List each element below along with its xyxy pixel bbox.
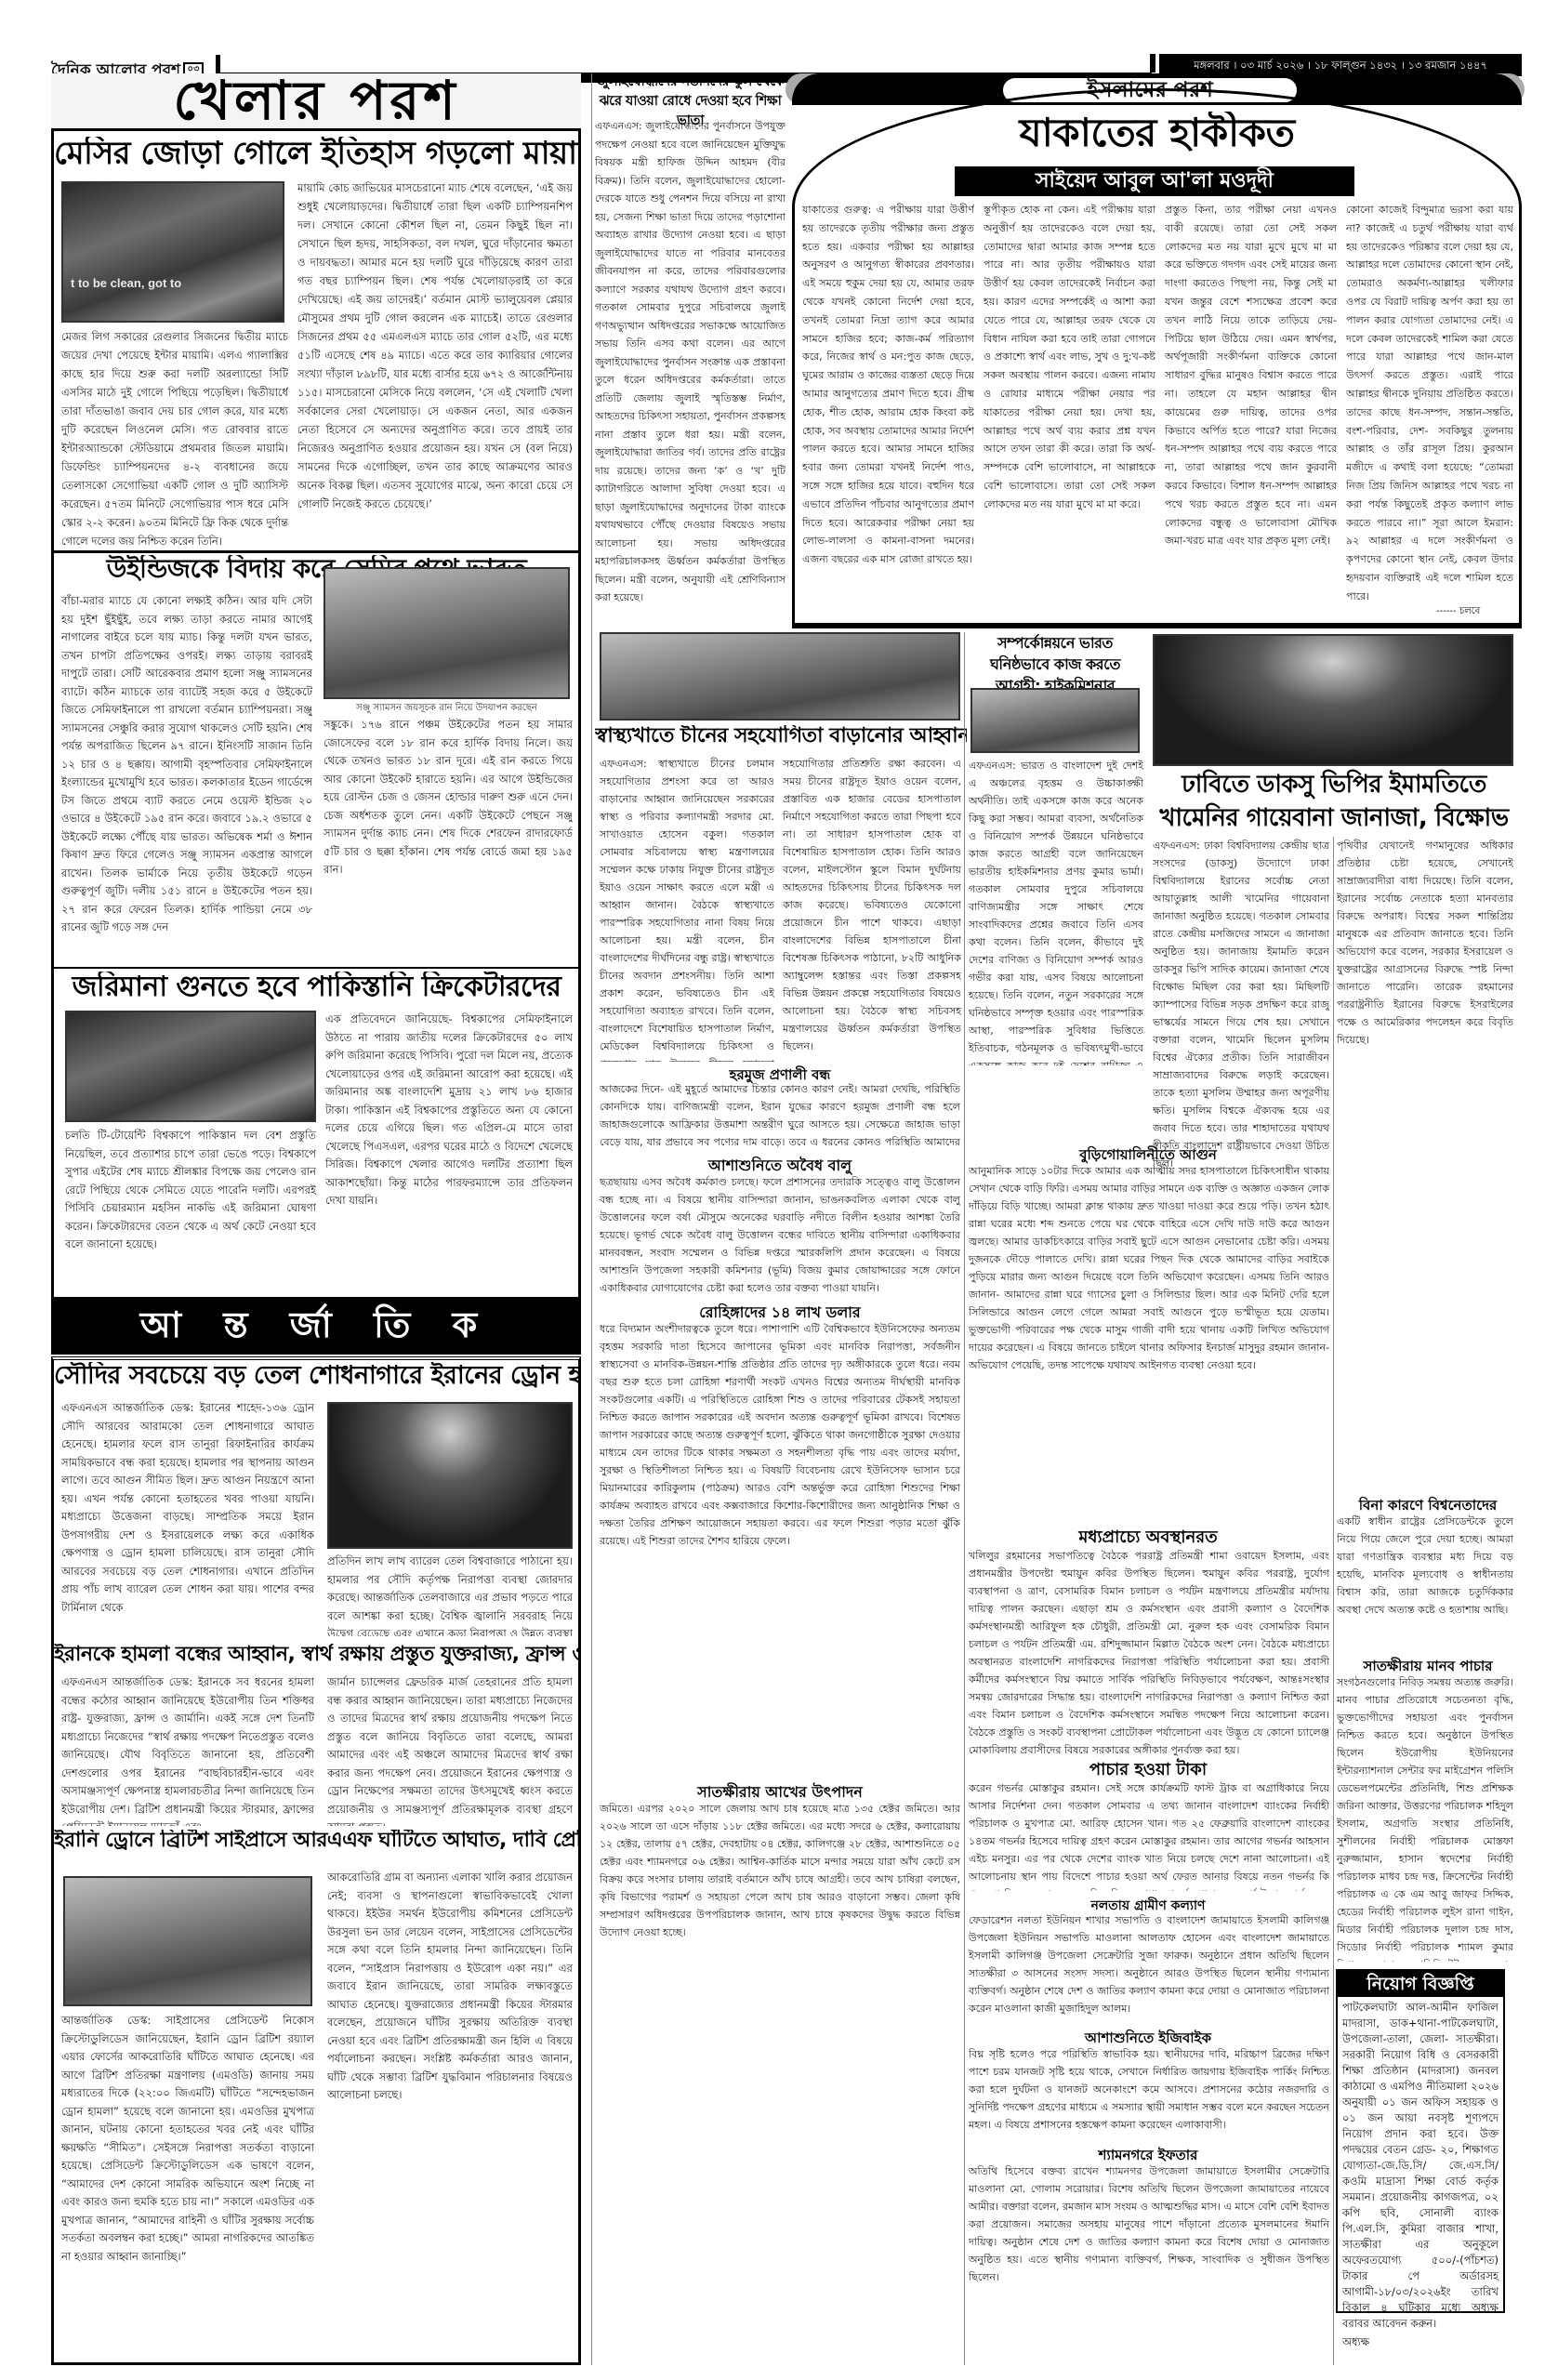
divider xyxy=(51,967,581,969)
india-hc-photo xyxy=(970,688,1140,753)
pakistan-headline: জরিমানা গুনতে হবে পাকিস্তানি ক্রিকেটারদে… xyxy=(54,972,579,1002)
job-ad-body: পাটকেলঘাটা আল-আমীন ফাজিল মাদরাসা, ডাক+থা… xyxy=(1338,1997,1503,2334)
janaza-headline: ঢাবিতে ডাকসু ভিপির ইমামতিতে খামেনির গায়… xyxy=(1148,768,1520,835)
column-divider xyxy=(591,73,592,2365)
brief-body-fire: আনুমানিক সাড়ে ১০টার দিকে আমার এক আত্মীয… xyxy=(969,1162,1329,1525)
sports-section-title: খেলার পরশ xyxy=(51,73,581,131)
brief-body-world-leaders: একটি স্বাধীন রাষ্ট্রের প্রেসিডেন্টকে তুল… xyxy=(1337,1513,1513,1650)
europe-body-left: এফএনএস আন্তর্জাতিক ডেস্ক: ইরানকে সব ধরনে… xyxy=(61,1673,314,1826)
india-photo xyxy=(323,567,570,699)
zakat-column-4: কোনো কাজেই বিন্দুমাত্র ভরসা করা যায় না?… xyxy=(1346,201,1513,601)
messi-body-left: মেজর লিগ সকারের রেগুলার সিজনের দ্বিতীয় … xyxy=(61,327,288,547)
pakistan-photo xyxy=(65,1011,316,1122)
brief-body-laundered-money: করেন গভর্নর মোস্তাকুর রহমান। সেই সঙ্গে ক… xyxy=(969,1779,1329,1891)
column-divider xyxy=(964,632,965,2365)
pakistan-body-right: এক প্রতিবেদনে জানিয়েছে- বিশ্বকাপের সেমি… xyxy=(325,1011,573,1288)
brief-body-middle-east: খলিলুর রহমানের সভাপতিত্বে বৈঠকে পররাষ্ট্… xyxy=(969,1547,1329,1757)
saudi-body-right: প্রতিদিন লাখ লাখ ব্যারেল তেল বিশ্ববাজারে… xyxy=(327,1553,573,1636)
job-ad-signature: অধ্যক্ষ xyxy=(1338,2334,1503,2352)
india-body-left: বাঁচা-মরার ম্যাচে যে কোনো লক্ষ্যই কঠিন। … xyxy=(61,592,312,951)
job-ad-title: নিয়োগ বিজ্ঞপ্তি xyxy=(1338,1971,1503,1997)
health-headline: স্বাস্থ্যখাতে চীনের সহযোগিতা বাড়ানোর আহ… xyxy=(595,725,967,747)
to-be-continued: ------ চলবে xyxy=(1436,604,1480,620)
brief-body-sugarcane: জমিতে। এরপর ২০২০ সালে জেলায় আখ চাষ হয়ে… xyxy=(600,1800,960,2365)
saudi-body-left: এফএনএস আন্তর্জাতিক ডেস্ক: ইরানের শাহেদ-১… xyxy=(61,1399,314,1636)
brief-body-rohingya: ধরে বিদ্যমান অংশীদারত্বকে তুলে ধরে। পাশা… xyxy=(600,1320,960,1781)
saudi-headline: সৌদির সবচেয়ে বড় তেল শোধনাগারে ইরানের ড… xyxy=(54,1362,579,1390)
divider xyxy=(51,550,581,553)
brief-body-nalta: ফেডারেশন নলতা ইউনিয়ন শাখার সভাপতি ও বাং… xyxy=(969,1911,1329,2019)
cyprus-headline: ইরানি ড্রোনে ব্রিটিশ সাইপ্রাসে আরএএফ ঘাঁ… xyxy=(54,1830,579,1852)
janaza-photo xyxy=(1153,634,1513,766)
health-body-right: সহযোগিতার প্রতিশ্রুতি রক্ষা করবেন। এ সময… xyxy=(783,755,961,1062)
janaza-body-right: পৃথিবীর যেখানেই গণমানুষের অধিকার প্রতিষ্… xyxy=(1337,837,1513,1136)
job-advertisement: নিয়োগ বিজ্ঞপ্তি পাটকেলঘাটা আল-আমীন ফাজি… xyxy=(1336,1969,1505,2313)
photo-ad-text: t to be clean, got to xyxy=(71,276,181,290)
messi-headline: মেসির জোড়া গোলে ইতিহাস গড়লো মায়ামি xyxy=(54,137,579,171)
brief-body-shyamnagar: অতিথি হিসেবে বক্তব্য রাখেন শ্যামনগর উপজে… xyxy=(969,2162,1329,2363)
zakat-column-3: প্রস্তুত কিনা, তার পরীক্ষা নেয়া এখনও বা… xyxy=(1165,201,1337,619)
pakistan-body-left: চলতি টি-টোয়েন্টি বিশ্বকাপে পাকিস্তান দল… xyxy=(65,1127,316,1287)
brief-body-trafficking: সংগঠনগুলোর নিবিড় সমন্বয় অত্যন্ত জরুরি।… xyxy=(1337,1673,1513,1962)
messi-body-right: মায়ামি কোচ জাভিয়ের মাসচেরানো ম্যাচ শেষ… xyxy=(297,178,573,547)
cyprus-body-left: আন্তর্জাতিক ডেস্ক: সাইপ্রাসের প্রেসিডেন্… xyxy=(61,2012,314,2360)
india-hc-body: এফএনএস: ভারত ও বাংলাদেশ দুই দেশই এ অঞ্চল… xyxy=(969,757,1143,1065)
zakat-column-2: স্তূপীকৃত হোক না কেন। এই পরীক্ষায় যারা … xyxy=(984,201,1155,619)
brief-body-sand: ছত্রছায়ায় এসব অবৈধ কর্মকাণ্ড চলছে। ফলে… xyxy=(600,1173,960,1298)
saudi-photo xyxy=(327,1402,573,1549)
zakat-headline: যাকাতের হাকীকত xyxy=(792,112,1522,154)
zakat-author: সাইয়েদ আবুল আ'লা মওদূদী xyxy=(955,166,1354,196)
cyprus-body-right: আকরোতিরি গ্রাম বা অন্যান্য এলাকা খালি কর… xyxy=(327,1869,573,2360)
islam-bottom-rule xyxy=(792,623,1522,628)
health-meeting-photo xyxy=(600,632,960,721)
column-divider xyxy=(1333,837,1334,2365)
europe-headline: ইরানকে হামলা বন্ধের আহ্বান, স্বার্থ রক্ষ… xyxy=(54,1644,579,1666)
health-body-left: এফএনএস: স্বাস্থ্যখাতে চীনের চলমান সহযোগি… xyxy=(600,755,774,1062)
international-section-title: আ ন্ত র্জা তি ক xyxy=(51,1297,581,1355)
india-body-right: সঙ্কুকে। ১৭৬ রানে পঞ্চম উইকেটের পতন হয় … xyxy=(323,716,573,952)
brief-body-hormuz: আজকের দিনে- এই মুহূর্তে আমাদের চিন্তার ক… xyxy=(600,1080,960,1151)
cyprus-president-photo xyxy=(63,1876,312,2006)
messi-photo: t to be clean, got to xyxy=(61,181,284,323)
india-hc-headline: সম্পর্কোন্নয়নে ভারত ঘনিষ্ঠভাবে কাজ করতে… xyxy=(967,632,1143,696)
zakat-column-1: যাকাতের গুরুত্ব: এ পরীক্ষায় যারা উত্তীর… xyxy=(802,201,974,619)
europe-body-right: জার্মান চ্যান্সেলর ফ্রেডরিক মার্জ তেহরান… xyxy=(327,1673,573,1826)
masthead-rule-end xyxy=(1007,54,1155,73)
india-photo-caption: সঞ্জু স্যামসন জয়সূচক রান নিয়ে উদযাপন ক… xyxy=(323,701,570,717)
brief-body-easybike: বিঘ্ন সৃষ্টি হলেও পরে পরিস্থিতি স্বাভাবি… xyxy=(969,2045,1329,2138)
july-fighters-body: এফএনএস: জুলাইযোদ্ধাদের পুনর্বাসনে উপযুক্… xyxy=(595,117,786,624)
